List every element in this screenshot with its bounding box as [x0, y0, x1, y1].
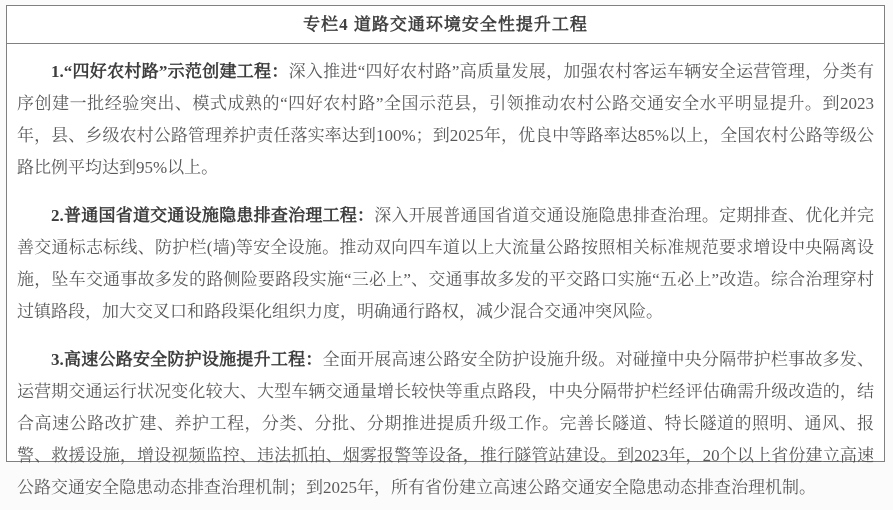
paragraph-2: 2.普通国省道交通设施隐患排查治理工程：深入开展普通国省道交通设施隐患排查治理。… — [17, 200, 874, 328]
paragraph-1: 1.“四好农村路”示范创建工程：深入推进“四好农村路”高质量发展，加强农村客运车… — [17, 56, 874, 184]
paragraph-3-heading: 3.高速公路安全防护设施提升工程： — [51, 350, 323, 369]
paragraph-3: 3.高速公路安全防护设施提升工程：全面开展高速公路安全防护设施升级。对碰撞中央分… — [17, 344, 874, 504]
paragraph-1-heading: 1.“四好农村路”示范创建工程： — [51, 62, 289, 81]
paragraph-2-heading: 2.普通国省道交通设施隐患排查治理工程： — [51, 206, 374, 225]
paragraph-3-text: 全面开展高速公路安全防护设施升级。对碰撞中央分隔带护栏事故多发、运营期交通运行状… — [17, 350, 874, 497]
panel-title: 专栏4 道路交通环境安全性提升工程 — [7, 6, 884, 44]
special-column-panel: 专栏4 道路交通环境安全性提升工程 1.“四好农村路”示范创建工程：深入推进“四… — [6, 5, 885, 462]
panel-body: 1.“四好农村路”示范创建工程：深入推进“四好农村路”高质量发展，加强农村客运车… — [7, 44, 884, 510]
